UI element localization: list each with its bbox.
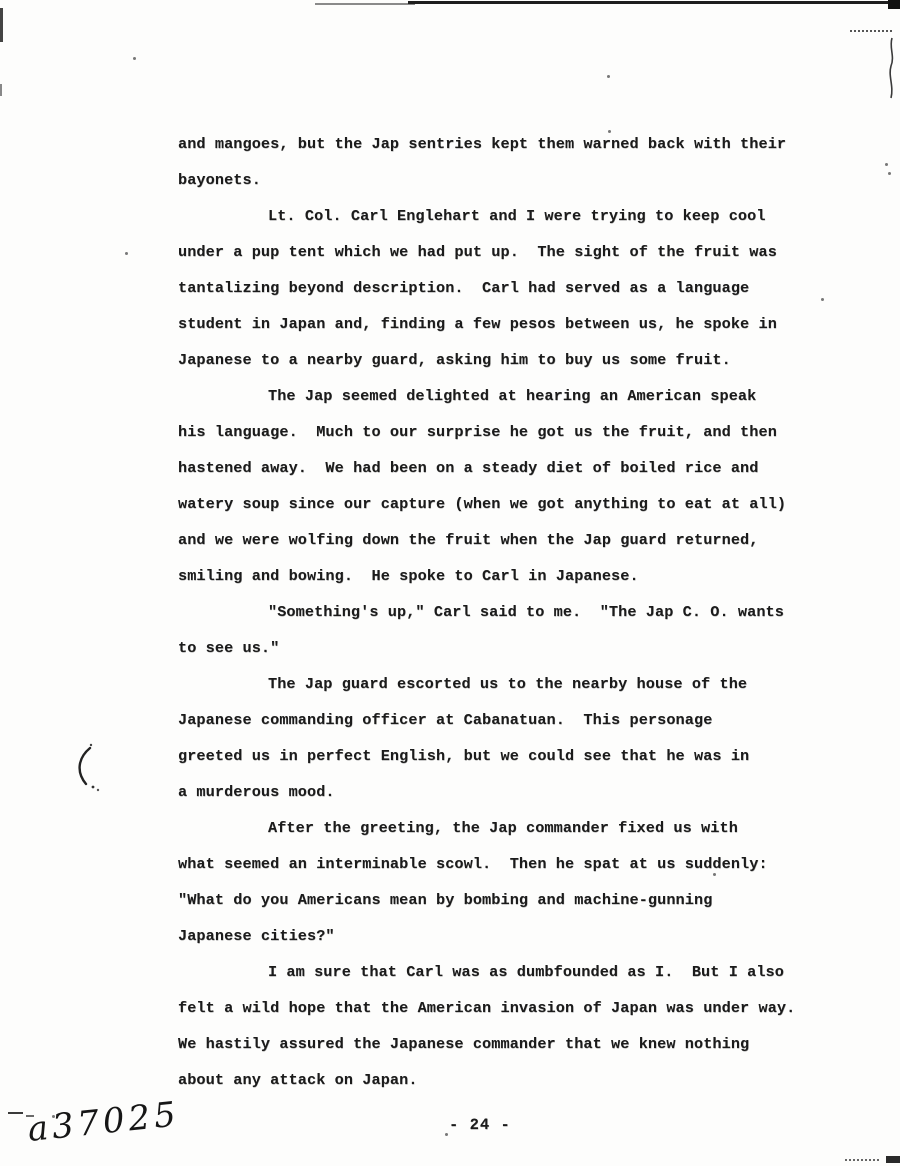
margin-pen-mark bbox=[66, 742, 100, 796]
text-line: I am sure that Carl was as dumbfounded a… bbox=[178, 954, 838, 990]
text-line: The Jap guard escorted us to the nearby … bbox=[178, 666, 838, 702]
text-line: to see us." bbox=[178, 630, 838, 666]
scan-artifact-edge-squiggle bbox=[886, 36, 898, 102]
scan-artifact-dotted-mark bbox=[845, 1159, 879, 1161]
text-line: After the greeting, the Jap commander fi… bbox=[178, 810, 838, 846]
text-line: greeted us in perfect English, but we co… bbox=[178, 738, 838, 774]
text-line: and mangoes, but the Jap sentries kept t… bbox=[178, 126, 838, 162]
scan-speck bbox=[133, 57, 136, 60]
text-line: smiling and bowing. He spoke to Carl in … bbox=[178, 558, 838, 594]
text-line: tantalizing beyond description. Carl had… bbox=[178, 270, 838, 306]
scan-speck bbox=[885, 163, 888, 166]
text-line: "Something's up," Carl said to me. "The … bbox=[178, 594, 838, 630]
text-line: The Jap seemed delighted at hearing an A… bbox=[178, 378, 838, 414]
text-line: hastened away. We had been on a steady d… bbox=[178, 450, 838, 486]
text-line: felt a wild hope that the American invas… bbox=[178, 990, 838, 1026]
text-line: watery soup since our capture (when we g… bbox=[178, 486, 838, 522]
text-line: about any attack on Japan. bbox=[178, 1062, 838, 1098]
text-line: We hastily assured the Japanese commande… bbox=[178, 1026, 838, 1062]
scan-artifact-corner-blob bbox=[886, 1156, 900, 1163]
scan-artifact-top-line bbox=[408, 1, 900, 4]
scan-artifact-top-line-faint bbox=[315, 3, 415, 5]
text-line: Japanese commanding officer at Cabanatua… bbox=[178, 702, 838, 738]
text-line: Lt. Col. Carl Englehart and I were tryin… bbox=[178, 198, 838, 234]
handwritten-annotation: a37025 bbox=[26, 1094, 182, 1150]
text-line: his language. Much to our surprise he go… bbox=[178, 414, 838, 450]
text-line: under a pup tent which we had put up. Th… bbox=[178, 234, 838, 270]
text-line: Japanese to a nearby guard, asking him t… bbox=[178, 342, 838, 378]
scan-speck bbox=[445, 1133, 448, 1136]
scan-speck bbox=[125, 252, 128, 255]
scan-artifact-dotted-mark bbox=[850, 30, 892, 32]
text-line: bayonets. bbox=[178, 162, 838, 198]
scan-artifact-dash bbox=[8, 1112, 23, 1114]
scan-speck bbox=[888, 172, 891, 175]
text-line: "What do you Americans mean by bombing a… bbox=[178, 882, 838, 918]
scan-artifact-corner-blob bbox=[888, 0, 900, 9]
text-line: and we were wolfing down the fruit when … bbox=[178, 522, 838, 558]
text-line: Japanese cities?" bbox=[178, 918, 838, 954]
page-number: - 24 - bbox=[449, 1116, 511, 1134]
scanned-page: and mangoes, but the Jap sentries kept t… bbox=[0, 0, 900, 1166]
text-line: student in Japan and, finding a few peso… bbox=[178, 306, 838, 342]
scan-artifact-left-edge bbox=[0, 8, 3, 42]
text-line: a murderous mood. bbox=[178, 774, 838, 810]
text-line: what seemed an interminable scowl. Then … bbox=[178, 846, 838, 882]
scan-artifact-left-edge bbox=[0, 84, 2, 96]
typewritten-body: and mangoes, but the Jap sentries kept t… bbox=[178, 126, 838, 1098]
scan-speck bbox=[607, 75, 610, 78]
